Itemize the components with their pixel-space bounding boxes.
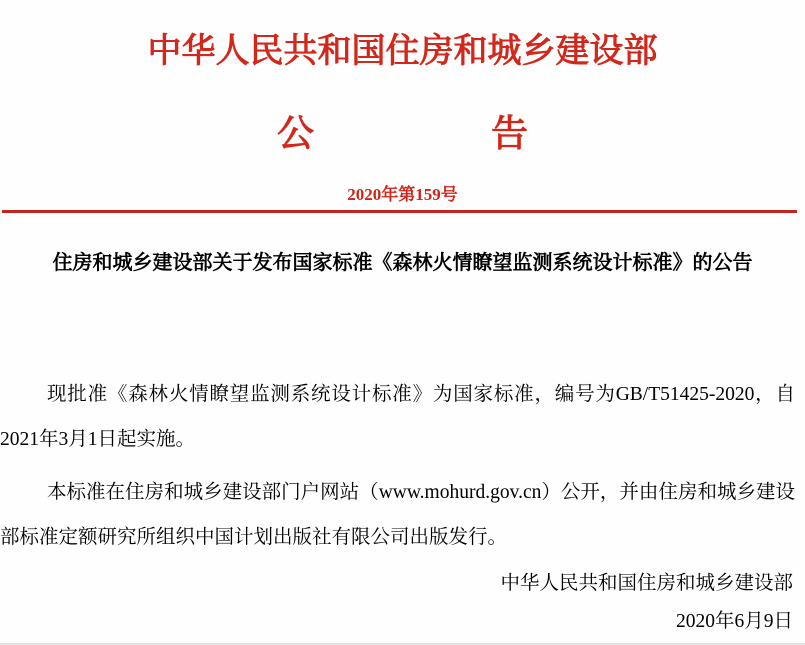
announcement-char-second: 告 <box>491 114 528 156</box>
doc-number: 2020年第159号 <box>0 184 805 206</box>
body-paragraph-publication: 本标准在住房和城乡建设部门户网站（www.mohurd.gov.cn）公开，并由… <box>0 470 795 560</box>
signature-date: 2020年6月9日 <box>0 608 793 636</box>
announcement-char-first: 公 <box>277 114 314 156</box>
announcement-title: 公 告 <box>0 114 805 156</box>
ministry-title: 中华人民共和国住房和城乡建设部 <box>0 30 805 74</box>
document-page: 中华人民共和国住房和城乡建设部 公 告 2020年第159号 住房和城乡建设部关… <box>0 0 805 645</box>
notice-heading: 住房和城乡建设部关于发布国家标准《森林火情瞭望监测系统设计标准》的公告 <box>0 249 805 277</box>
red-divider-line <box>2 210 797 213</box>
signature-block: 中华人民共和国住房和城乡建设部 2020年6月9日 <box>0 570 793 636</box>
signature-name: 中华人民共和国住房和城乡建设部 <box>0 570 793 598</box>
body-text: 现批准《森林火情瞭望监测系统设计标准》为国家标准，编号为GB/T51425-20… <box>0 372 795 560</box>
body-paragraph-approval: 现批准《森林火情瞭望监测系统设计标准》为国家标准，编号为GB/T51425-20… <box>0 372 795 462</box>
